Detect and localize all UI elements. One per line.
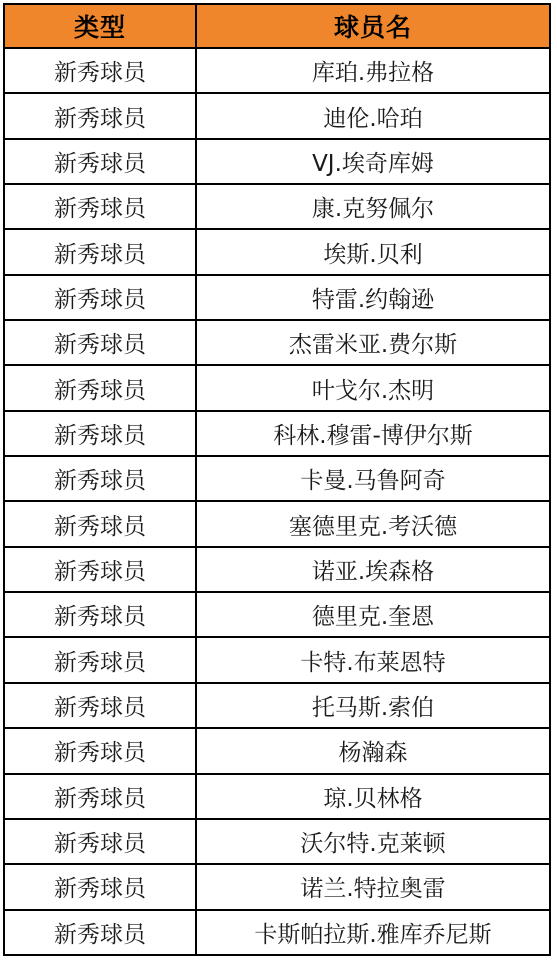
player-name-cell: 卡曼.马鲁阿奇: [196, 456, 550, 501]
table-row: 新秀球员托马斯.索伯: [4, 683, 550, 728]
page-background: 类型 球员名 新秀球员库珀.弗拉格新秀球员迪伦.哈珀新秀球员VJ.埃奇库姆新秀球…: [0, 0, 557, 960]
table-row: 新秀球员VJ.埃奇库姆: [4, 139, 550, 184]
type-cell: 新秀球员: [4, 275, 196, 320]
table-row: 新秀球员卡特.布莱恩特: [4, 637, 550, 682]
type-cell: 新秀球员: [4, 864, 196, 909]
table-row: 新秀球员德里克.奎恩: [4, 592, 550, 637]
type-cell: 新秀球员: [4, 501, 196, 546]
player-name-cell: 迪伦.哈珀: [196, 93, 550, 138]
type-cell: 新秀球员: [4, 139, 196, 184]
player-name-cell: 诺亚.埃森格: [196, 547, 550, 592]
table-row: 新秀球员迪伦.哈珀: [4, 93, 550, 138]
table-row: 新秀球员杨瀚森: [4, 728, 550, 773]
player-name-cell: 康.克努佩尔: [196, 184, 550, 229]
player-name-cell: 诺兰.特拉奥雷: [196, 864, 550, 909]
table-row: 新秀球员琼.贝林格: [4, 774, 550, 819]
type-cell: 新秀球员: [4, 547, 196, 592]
rookie-players-table: 类型 球员名 新秀球员库珀.弗拉格新秀球员迪伦.哈珀新秀球员VJ.埃奇库姆新秀球…: [3, 3, 551, 956]
column-header-player-name: 球员名: [196, 4, 550, 48]
player-name-cell: 库珀.弗拉格: [196, 48, 550, 93]
type-cell: 新秀球员: [4, 774, 196, 819]
player-name-cell: 叶戈尔.杰明: [196, 365, 550, 410]
type-cell: 新秀球员: [4, 93, 196, 138]
table-row: 新秀球员科林.穆雷-博伊尔斯: [4, 411, 550, 456]
type-cell: 新秀球员: [4, 592, 196, 637]
player-name-cell: 埃斯.贝利: [196, 229, 550, 274]
table-row: 新秀球员康.克努佩尔: [4, 184, 550, 229]
type-cell: 新秀球员: [4, 365, 196, 410]
player-name-cell: 卡特.布莱恩特: [196, 637, 550, 682]
table-row: 新秀球员库珀.弗拉格: [4, 48, 550, 93]
player-name-cell: 特雷.约翰逊: [196, 275, 550, 320]
table-row: 新秀球员塞德里克.考沃德: [4, 501, 550, 546]
table-row: 新秀球员卡曼.马鲁阿奇: [4, 456, 550, 501]
player-name-cell: 卡斯帕拉斯.雅库乔尼斯: [196, 910, 550, 955]
player-name-cell: 德里克.奎恩: [196, 592, 550, 637]
player-name-cell: 琼.贝林格: [196, 774, 550, 819]
table-row: 新秀球员埃斯.贝利: [4, 229, 550, 274]
header-row: 类型 球员名: [4, 4, 550, 48]
player-name-cell: 托马斯.索伯: [196, 683, 550, 728]
type-cell: 新秀球员: [4, 683, 196, 728]
type-cell: 新秀球员: [4, 48, 196, 93]
table-row: 新秀球员杰雷米亚.费尔斯: [4, 320, 550, 365]
type-cell: 新秀球员: [4, 229, 196, 274]
table-row: 新秀球员沃尔特.克莱顿: [4, 819, 550, 864]
table-row: 新秀球员特雷.约翰逊: [4, 275, 550, 320]
player-name-cell: 塞德里克.考沃德: [196, 501, 550, 546]
type-cell: 新秀球员: [4, 910, 196, 955]
table-row: 新秀球员叶戈尔.杰明: [4, 365, 550, 410]
table-row: 新秀球员诺亚.埃森格: [4, 547, 550, 592]
type-cell: 新秀球员: [4, 411, 196, 456]
player-name-cell: VJ.埃奇库姆: [196, 139, 550, 184]
player-name-cell: 沃尔特.克莱顿: [196, 819, 550, 864]
type-cell: 新秀球员: [4, 320, 196, 365]
table-row: 新秀球员卡斯帕拉斯.雅库乔尼斯: [4, 910, 550, 955]
type-cell: 新秀球员: [4, 728, 196, 773]
type-cell: 新秀球员: [4, 456, 196, 501]
type-cell: 新秀球员: [4, 637, 196, 682]
type-cell: 新秀球员: [4, 819, 196, 864]
player-name-cell: 科林.穆雷-博伊尔斯: [196, 411, 550, 456]
column-header-type: 类型: [4, 4, 196, 48]
player-name-cell: 杨瀚森: [196, 728, 550, 773]
table-row: 新秀球员诺兰.特拉奥雷: [4, 864, 550, 909]
player-name-cell: 杰雷米亚.费尔斯: [196, 320, 550, 365]
type-cell: 新秀球员: [4, 184, 196, 229]
